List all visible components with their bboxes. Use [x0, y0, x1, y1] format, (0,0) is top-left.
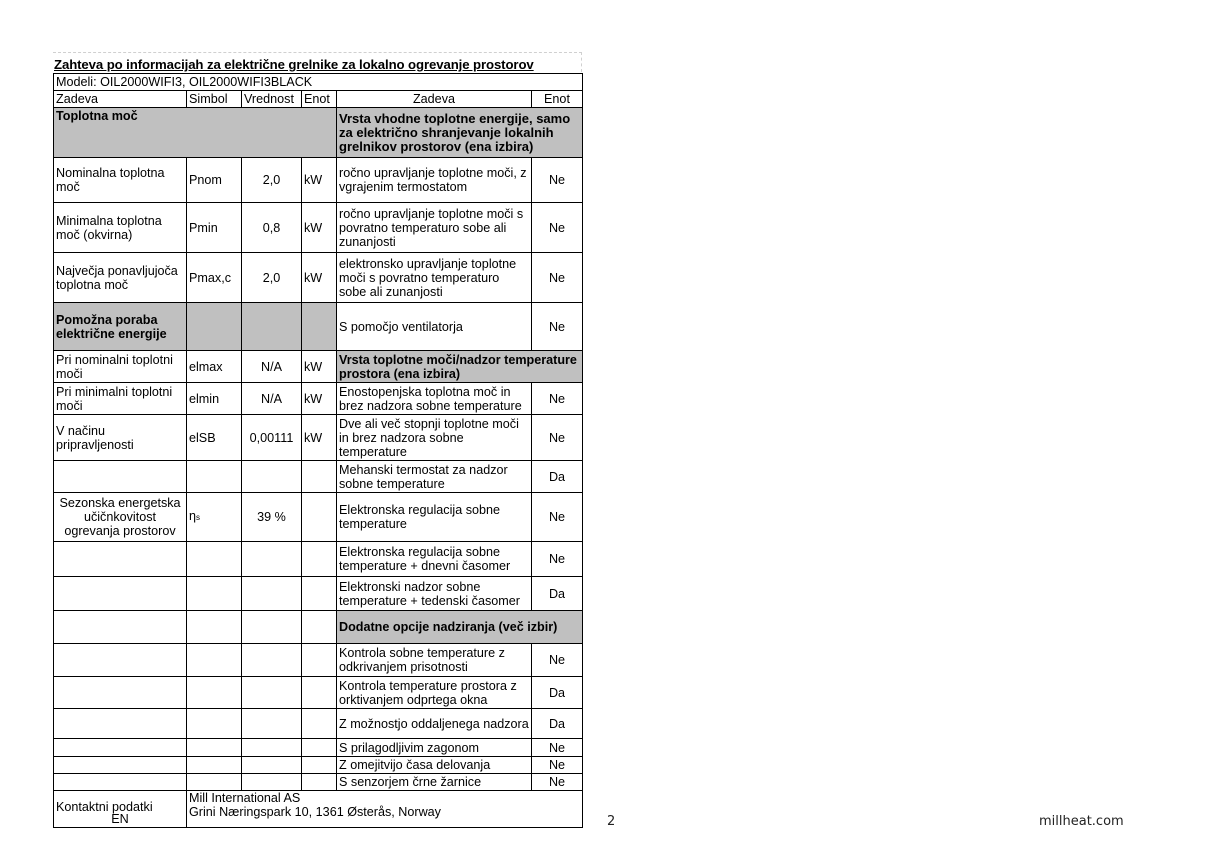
header-value: Vrednost	[242, 91, 302, 108]
option-value: Ne	[532, 158, 583, 203]
option-value: Ne	[532, 774, 583, 791]
table-row: Z možnostjo oddaljenega nadzoraDa	[54, 709, 583, 739]
header-symbol: Simbol	[187, 91, 242, 108]
page-number: 2	[607, 814, 615, 829]
table-row: Toplotna močVrsta vhodne toplotne energi…	[54, 108, 583, 158]
value-cell	[242, 611, 302, 644]
parameter-label	[54, 542, 187, 577]
parameter-label	[54, 461, 187, 493]
symbol-cell	[187, 303, 242, 351]
unit-cell	[302, 739, 337, 757]
option-value: Ne	[532, 303, 583, 351]
parameter-label: Pri minimalni toplotni moči	[54, 383, 187, 415]
option-value: Ne	[532, 542, 583, 577]
value-cell	[242, 709, 302, 739]
company-name: Mill International AS	[189, 791, 580, 805]
symbol-subscript: s	[196, 513, 200, 522]
symbol-cell: ηs	[187, 493, 242, 542]
section-heading-right: Dodatne opcije nadziranja (več izbir)	[337, 611, 583, 644]
value-cell: 0,8	[242, 203, 302, 253]
option-label: Enostopenjska toplotna moč in brez nadzo…	[337, 383, 532, 415]
value-cell	[242, 461, 302, 493]
option-label: Z možnostjo oddaljenega nadzora	[337, 709, 532, 739]
symbol-cell	[187, 709, 242, 739]
table-row: Elektronski nadzor sobne temperature + t…	[54, 577, 583, 611]
symbol-cell	[187, 461, 242, 493]
value-cell: N/A	[242, 383, 302, 415]
unit-cell	[302, 709, 337, 739]
table-row: Dodatne opcije nadziranja (več izbir)	[54, 611, 583, 644]
table-row: Pri minimalni toplotni močielminN/AkWEno…	[54, 383, 583, 415]
unit-cell: kW	[302, 158, 337, 203]
parameter-label	[54, 577, 187, 611]
option-label: S prilagodljivim zagonom	[337, 739, 532, 757]
unit-cell	[302, 461, 337, 493]
value-cell	[242, 644, 302, 677]
option-label: Z omejitvijo časa delovanja	[337, 757, 532, 774]
symbol-cell: Pmax,c	[187, 253, 242, 303]
option-value: Ne	[532, 757, 583, 774]
section-heading-left: Toplotna moč	[54, 108, 337, 158]
value-cell	[242, 677, 302, 709]
option-label: Kontrola sobne temperature z odkrivanjem…	[337, 644, 532, 677]
table-row: Kontrola temperature prostora z orktivan…	[54, 677, 583, 709]
unit-cell	[302, 644, 337, 677]
table-row: Z omejitvijo časa delovanjaNe	[54, 757, 583, 774]
option-label: Elektronski nadzor sobne temperature + t…	[337, 577, 532, 611]
symbol-cell	[187, 774, 242, 791]
option-value: Ne	[532, 203, 583, 253]
option-label: Kontrola temperature prostora z orktivan…	[337, 677, 532, 709]
symbol-cell	[187, 644, 242, 677]
contact-language: EN	[56, 812, 184, 826]
section-heading-right: Vrsta toplotne moči/nadzor temperature p…	[337, 351, 583, 383]
unit-cell	[302, 774, 337, 791]
table-row: Sezonska energetska učičnkovitost ogreva…	[54, 493, 583, 542]
table-row: Nominalna toplotna močPnom2,0kWročno upr…	[54, 158, 583, 203]
value-cell: 2,0	[242, 253, 302, 303]
header-right-item: Zadeva	[337, 91, 532, 108]
option-label: ročno upravljanje toplotne moči s povrat…	[337, 203, 532, 253]
symbol-cell: elmax	[187, 351, 242, 383]
contact-details-cell: Mill International ASGrini Næringspark 1…	[187, 791, 583, 828]
section-heading-right: Vrsta vhodne toplotne energije, samo za …	[337, 108, 583, 158]
symbol-cell	[187, 542, 242, 577]
section-heading-left: Pomožna poraba električne energije	[54, 303, 187, 351]
symbol-cell: Pnom	[187, 158, 242, 203]
parameter-label	[54, 644, 187, 677]
symbol-cell	[187, 611, 242, 644]
value-cell	[242, 577, 302, 611]
symbol-cell: elmin	[187, 383, 242, 415]
option-label: Mehanski termostat za nadzor sobne tempe…	[337, 461, 532, 493]
symbol-cell	[187, 677, 242, 709]
website-footer: millheat.com	[1039, 814, 1124, 829]
header-left-item: Zadeva	[54, 91, 187, 108]
unit-cell	[302, 493, 337, 542]
unit-cell: kW	[302, 383, 337, 415]
parameter-label	[54, 677, 187, 709]
unit-cell	[302, 611, 337, 644]
option-value: Ne	[532, 415, 583, 461]
table-row: Pri nominalni toplotni močielmaxN/AkWVrs…	[54, 351, 583, 383]
table-row: Elektronska regulacija sobne temperature…	[54, 542, 583, 577]
value-cell	[242, 739, 302, 757]
option-value: Ne	[532, 253, 583, 303]
option-value: Ne	[532, 644, 583, 677]
header-right-unit: Enot	[532, 91, 583, 108]
parameter-label: V načinu pripravljenosti	[54, 415, 187, 461]
unit-cell	[302, 577, 337, 611]
parameter-label: Minimalna toplotna moč (okvirna)	[54, 203, 187, 253]
parameter-label	[54, 739, 187, 757]
option-label: S senzorjem črne žarnice	[337, 774, 532, 791]
print-area-border-right	[581, 52, 582, 72]
models-cell: Modeli: OIL2000WIFI3, OIL2000WIFI3BLACK	[54, 74, 583, 91]
value-cell	[242, 757, 302, 774]
parameter-label: Sezonska energetska učičnkovitost ogreva…	[54, 493, 187, 542]
option-value: Da	[532, 577, 583, 611]
option-label: Elektronska regulacija sobne temperature	[337, 493, 532, 542]
symbol-cell	[187, 739, 242, 757]
unit-cell: kW	[302, 351, 337, 383]
parameter-label: Največja ponavljujoča toplotna moč	[54, 253, 187, 303]
parameter-label: Nominalna toplotna moč	[54, 158, 187, 203]
table-row: Minimalna toplotna moč (okvirna)Pmin0,8k…	[54, 203, 583, 253]
table-row: V načinu pripravljenostielSB0,00111kWDve…	[54, 415, 583, 461]
unit-cell	[302, 757, 337, 774]
table-row: S prilagodljivim zagonomNe	[54, 739, 583, 757]
document-title: Zahteva po informacijah za električne gr…	[54, 57, 534, 72]
option-value: Da	[532, 461, 583, 493]
table-row: Največja ponavljujoča toplotna močPmax,c…	[54, 253, 583, 303]
unit-cell	[302, 303, 337, 351]
models-row: Modeli: OIL2000WIFI3, OIL2000WIFI3BLACK	[54, 74, 583, 91]
unit-cell: kW	[302, 253, 337, 303]
value-cell	[242, 774, 302, 791]
parameter-label	[54, 757, 187, 774]
option-value: Da	[532, 677, 583, 709]
parameter-label: Pri nominalni toplotni moči	[54, 351, 187, 383]
option-label: Dve ali več stopnji toplotne moči in bre…	[337, 415, 532, 461]
contact-row: Kontaktni podatkiENMill International AS…	[54, 791, 583, 828]
option-label: Elektronska regulacija sobne temperature…	[337, 542, 532, 577]
parameter-label	[54, 774, 187, 791]
option-value: Ne	[532, 383, 583, 415]
symbol-cell	[187, 577, 242, 611]
table-row: S senzorjem črne žarniceNe	[54, 774, 583, 791]
unit-cell	[302, 677, 337, 709]
value-cell	[242, 542, 302, 577]
symbol-cell: Pmin	[187, 203, 242, 253]
unit-cell: kW	[302, 415, 337, 461]
option-label: ročno upravljanje toplotne moči, z vgraj…	[337, 158, 532, 203]
option-label: S pomočjo ventilatorja	[337, 303, 532, 351]
table-row: Pomožna poraba električne energijeS pomo…	[54, 303, 583, 351]
parameter-label	[54, 709, 187, 739]
option-value: Da	[532, 709, 583, 739]
unit-cell: kW	[302, 203, 337, 253]
symbol-cell	[187, 757, 242, 774]
option-value: Ne	[532, 739, 583, 757]
option-value: Ne	[532, 493, 583, 542]
value-cell: 2,0	[242, 158, 302, 203]
unit-cell	[302, 542, 337, 577]
header-unit: Enot	[302, 91, 337, 108]
value-cell: 0,00111	[242, 415, 302, 461]
product-information-table: Modeli: OIL2000WIFI3, OIL2000WIFI3BLACK …	[53, 73, 583, 828]
company-address: Grini Næringspark 10, 1361 Østerås, Norw…	[189, 805, 580, 819]
table-row: Kontrola sobne temperature z odkrivanjem…	[54, 644, 583, 677]
value-cell: 39 %	[242, 493, 302, 542]
value-cell	[242, 303, 302, 351]
parameter-label	[54, 611, 187, 644]
print-area-border	[53, 52, 582, 53]
symbol-cell: elSB	[187, 415, 242, 461]
option-label: elektronsko upravljanje toplotne moči s …	[337, 253, 532, 303]
value-cell: N/A	[242, 351, 302, 383]
contact-label: Kontaktni podatki	[56, 800, 184, 814]
table-row: Mehanski termostat za nadzor sobne tempe…	[54, 461, 583, 493]
header-row: Zadeva Simbol Vrednost Enot Zadeva Enot	[54, 91, 583, 108]
contact-label-cell: Kontaktni podatkiEN	[54, 791, 187, 828]
symbol-eta: η	[189, 509, 196, 523]
